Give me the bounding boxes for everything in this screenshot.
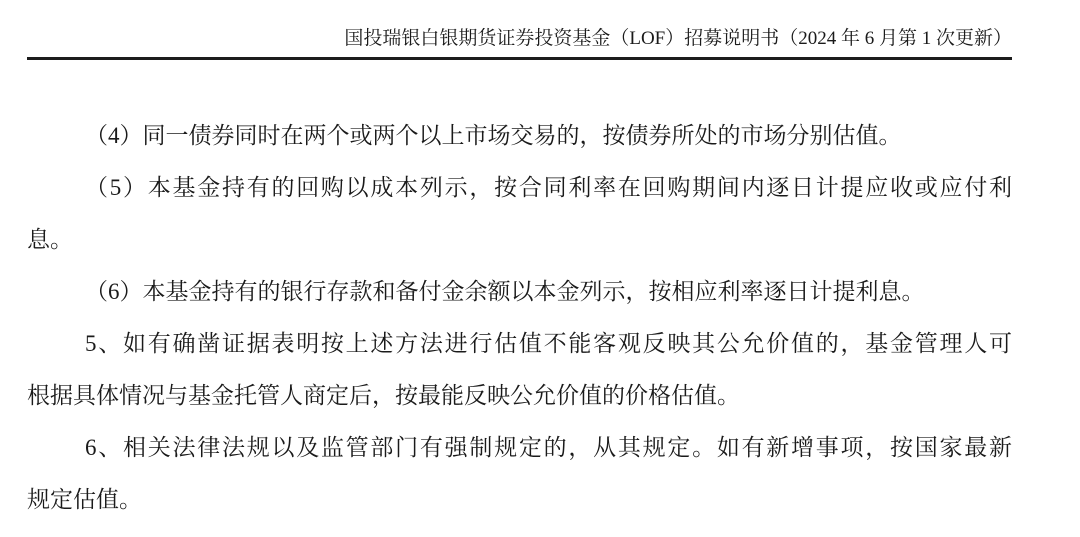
header-rule <box>27 57 1012 60</box>
document-page: 国投瑞银白银期货证券投资基金（LOF）招募说明书（2024 年 6 月第 1 次… <box>0 0 1080 537</box>
clause-5-line-1: 5、如有确凿证据表明按上述方法进行估值不能客观反映其公允价值的，基金管理人可 <box>27 318 1012 370</box>
paragraph-6-line-1: （6）本基金持有的银行存款和备付金余额以本金列示，按相应利率逐日计提利息。 <box>27 266 1012 318</box>
clause-5-line-2: 根据具体情况与基金托管人商定后，按最能反映公允价值的价格估值。 <box>27 370 1012 422</box>
paragraph-5-line-2: 息。 <box>27 214 1012 266</box>
paragraph-5-line-1: （5）本基金持有的回购以成本列示，按合同利率在回购期间内逐日计提应收或应付利 <box>27 162 1012 214</box>
paragraph-4-line-1: （4）同一债券同时在两个或两个以上市场交易的，按债券所处的市场分别估值。 <box>27 110 1012 162</box>
clause-6-line-1: 6、相关法律法规以及监管部门有强制规定的，从其规定。如有新增事项，按国家最新 <box>27 422 1012 474</box>
clause-6-line-2: 规定估值。 <box>27 474 1012 526</box>
document-body: （4）同一债券同时在两个或两个以上市场交易的，按债券所处的市场分别估值。 （5）… <box>27 110 1012 526</box>
document-header-title: 国投瑞银白银期货证券投资基金（LOF）招募说明书（2024 年 6 月第 1 次… <box>27 26 1012 52</box>
